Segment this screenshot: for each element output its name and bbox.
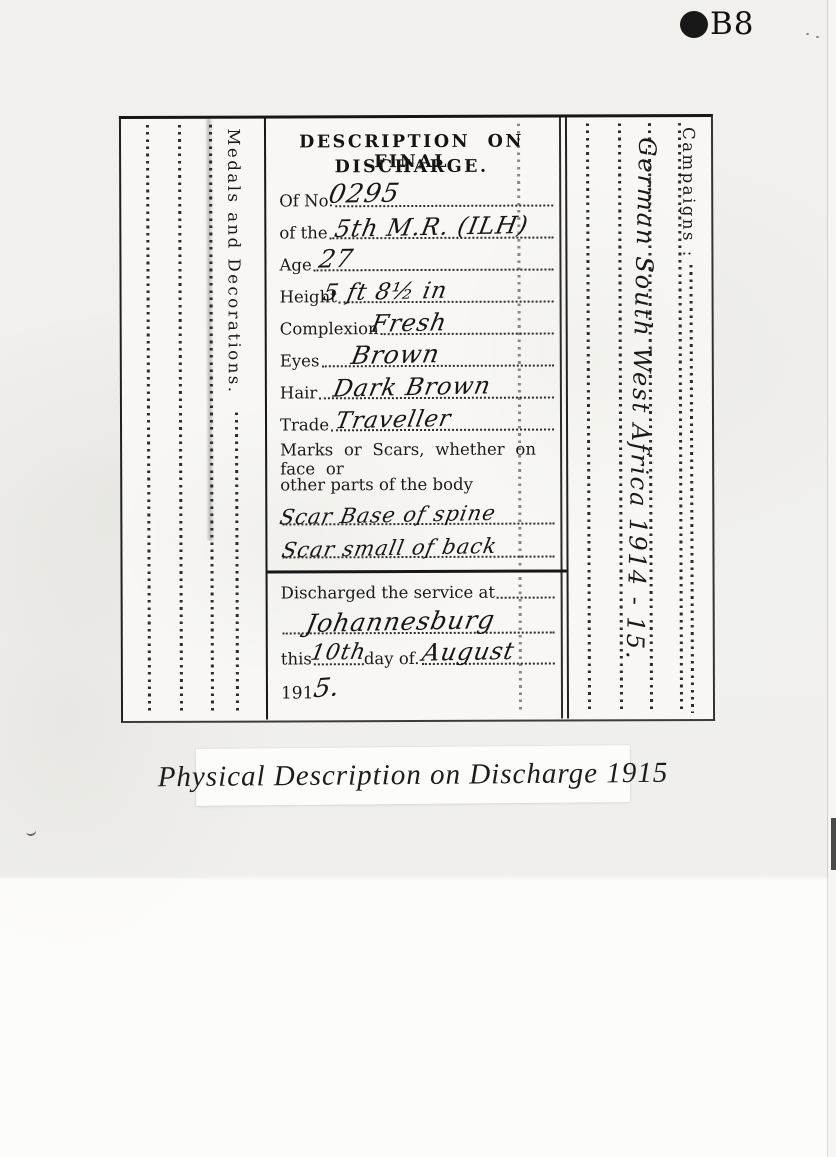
dotted-leader (497, 597, 555, 599)
handwritten-day: 10th (308, 640, 368, 666)
field-row-of-the: of the 5th M.R. (ILH) (279, 214, 553, 243)
field-label: Hair (280, 383, 317, 402)
field-row-complexion: Complexion Fresh (280, 310, 554, 339)
field-label: Age (279, 255, 311, 274)
discharge-year-row: 191 5. (281, 675, 555, 704)
field-row-height: Height 5 ft 8½ in (280, 278, 554, 307)
handwritten-value: Dark Brown (331, 371, 494, 402)
handwritten-value: Fresh (369, 308, 450, 338)
filled-circle-icon (680, 11, 708, 38)
field-label: Trade (280, 415, 329, 434)
discharged-at-row: Discharged the service at (281, 574, 555, 603)
field-label: Discharged the service at (281, 583, 495, 603)
printed-year-prefix: 191 (281, 683, 314, 703)
field-label: other parts of the body (280, 475, 473, 495)
field-row-hair: Hair Dark Brown (280, 374, 554, 403)
medals-label-leader-dots (235, 413, 239, 715)
field-label: Complexion (280, 319, 379, 338)
marks-entry-row: Scar Base of spine (280, 500, 554, 529)
field-label: day of. (364, 649, 420, 668)
handwritten-campaigns-entry: German South West Africa 1914 - 15. (621, 137, 662, 661)
handwritten-place: Johannesburg (304, 605, 498, 638)
field-row-age: Age 27 (279, 246, 553, 275)
caption-text: Physical Description on Discharge 1915 (158, 757, 669, 794)
ruled-dotted-line (146, 125, 151, 715)
ruled-dotted-line (586, 123, 591, 713)
handwritten-value: 5th M.R. (ILH) (332, 211, 531, 243)
discharge-form-scan: Medals and Decorations. DESCRIPTION ON F… (119, 114, 715, 723)
field-label: Of No. (279, 191, 333, 210)
discharge-date-row: this day of. 10th August (281, 640, 555, 669)
handwritten-value: 27 (317, 244, 356, 274)
panel-double-rule (559, 117, 563, 718)
form-title-line2: DISCHARGE. (266, 157, 557, 178)
field-label: Eyes (280, 351, 320, 370)
discharge-place-row: Johannesburg (281, 609, 555, 638)
scan-smudge-streak (205, 119, 214, 541)
handwritten-value: Traveller (333, 406, 453, 434)
handwritten-year-digit: 5. (312, 672, 341, 704)
field-row-eyes: Eyes Brown (280, 342, 554, 371)
scan-speck (806, 33, 809, 35)
campaigns-column-label: Campaigns : (679, 127, 698, 259)
caption-strip: Physical Description on Discharge 1915 (196, 745, 630, 806)
handwritten-value: 0295 (326, 178, 402, 209)
scan-edge-dark-sliver (831, 818, 836, 870)
description-panel: DESCRIPTION ON FINAL DISCHARGE. Of No. 0… (264, 117, 569, 719)
marks-note-line2: other parts of the body (280, 466, 554, 495)
handwritten-value: Brown (349, 339, 443, 370)
field-label: of the (279, 223, 327, 242)
field-row-of-no: Of No. 0295 (279, 182, 553, 211)
field-row-trade: Trade Traveller (280, 406, 554, 435)
handwritten-marks-entry: Scar small of back (280, 534, 500, 563)
scan-speck (816, 36, 819, 38)
handwritten-value: 5 ft 8½ in (321, 278, 450, 307)
campaigns-label-leader-dots (689, 265, 693, 713)
stray-ink-mark (25, 825, 37, 837)
section-divider-rule (268, 569, 567, 573)
scan-edge-line (827, 0, 828, 1157)
scan-edge-band (828, 0, 836, 1157)
corner-tag: B8 (680, 6, 755, 42)
handwritten-month: August (420, 637, 517, 667)
medals-column-label: Medals and Decorations. (224, 129, 244, 395)
corner-tag-label: B8 (710, 6, 755, 42)
ruled-dotted-line (178, 125, 183, 715)
marks-entry-row: Scar small of back (280, 533, 554, 562)
handwritten-marks-entry: Scar Base of spine (278, 501, 499, 530)
scanned-document-page: B8 Medals and Decorations. DESCRIPTION O… (0, 0, 836, 1157)
